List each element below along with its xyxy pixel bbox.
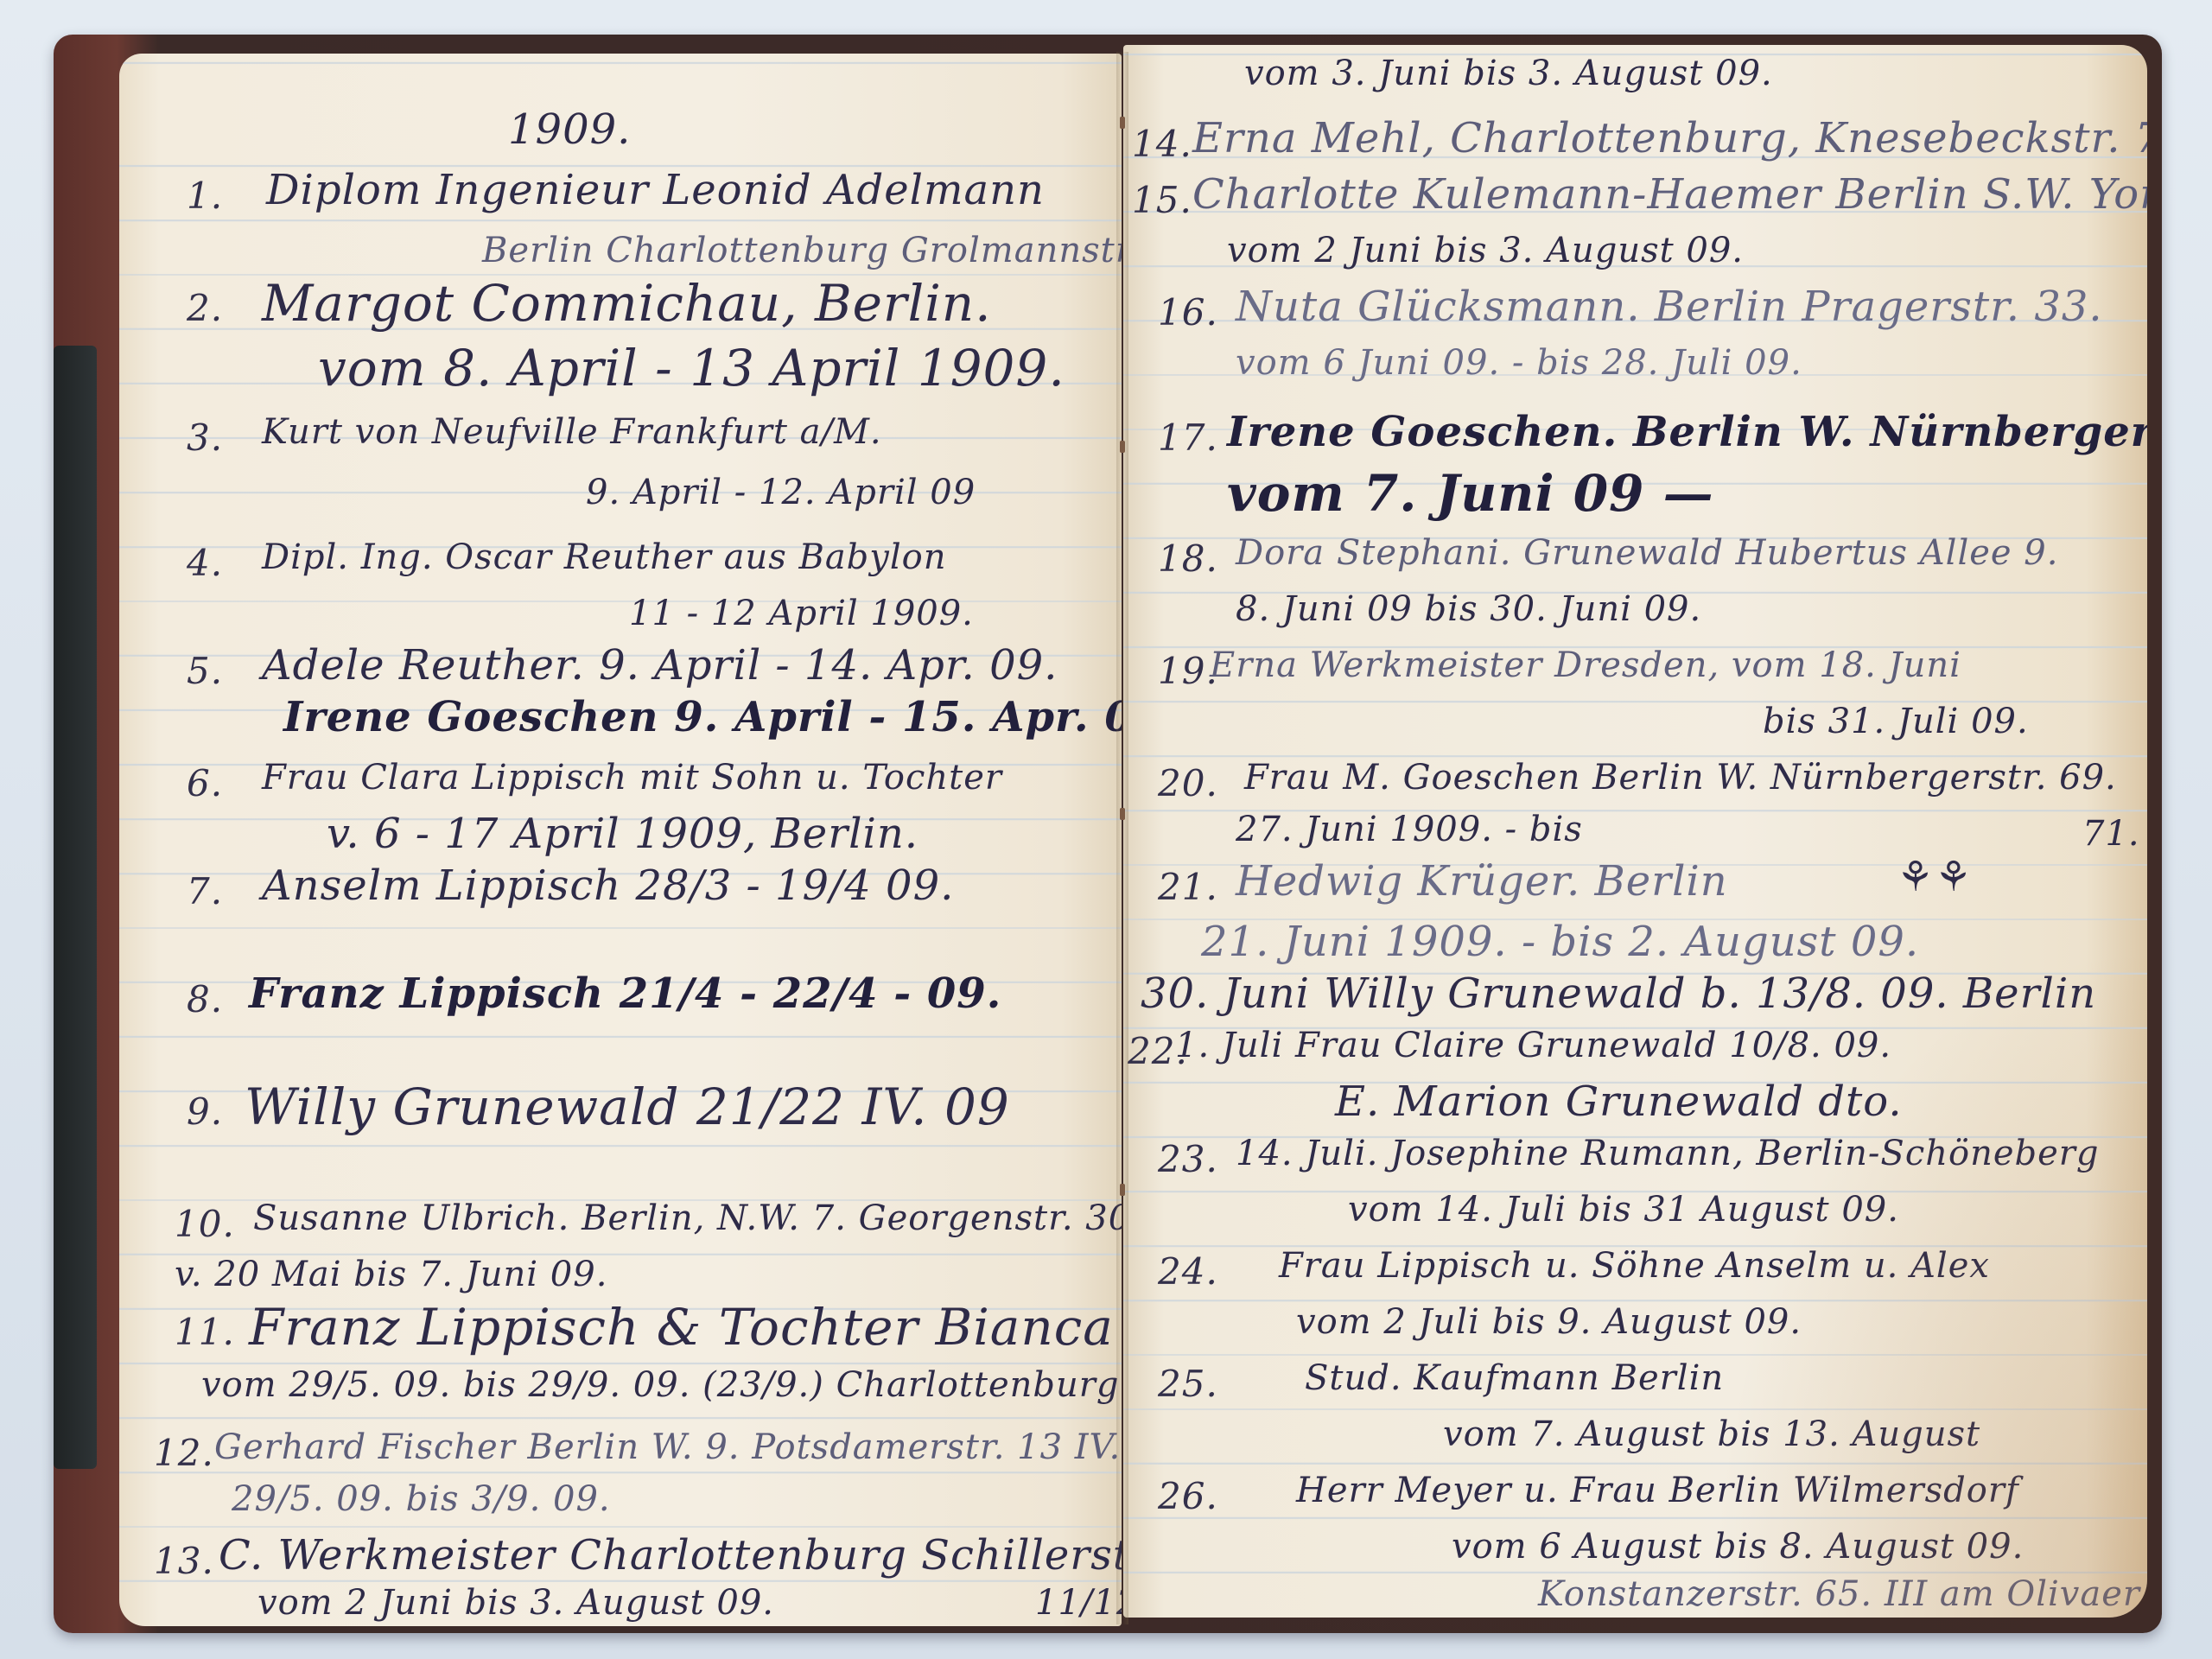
entry-name: 14. Juli. Josephine Rumann, Berlin-Schön…	[1236, 1134, 2100, 1173]
entry-number: 1.	[187, 175, 223, 217]
entry-number: 10.	[175, 1203, 235, 1245]
entry-number: 15.	[1132, 179, 1192, 221]
entry-name: Frau Clara Lippisch mit Sohn u. Tochter	[262, 758, 1002, 798]
entry-name: Kurt von Neufville Frankfurt a/M.	[262, 412, 882, 452]
right-page: vom 3. Juni bis 3. August 09. 14. Erna M…	[1123, 45, 2147, 1618]
entry-number: 6.	[187, 762, 223, 804]
entry-number: 8.	[187, 978, 223, 1020]
book-spine-edge	[54, 346, 97, 1469]
entry-dates: vom 29/5. 09. bis 29/9. 09. (23/9.) Char…	[201, 1365, 1122, 1405]
entry-name: Erna Werkmeister Dresden, vom 18. Juni	[1210, 645, 1961, 685]
left-page: 1909. 1. Diplom Ingenieur Leonid Adelman…	[119, 54, 1122, 1626]
entry-name: Willy Grunewald 21/22 IV. 09	[245, 1077, 1010, 1136]
entry-number: 25.	[1158, 1363, 1218, 1405]
entry-address: Konstanzerstr. 65. III am Olivaer Platz.	[1538, 1574, 2147, 1614]
entry-name: Franz Lippisch 21/4 - 22/4 - 09.	[249, 969, 1001, 1018]
entry-dates: vom 2 Juni bis 3. August 09.	[257, 1583, 774, 1623]
drawn-flower-doodle-icon: ⚘⚘	[1897, 853, 1973, 901]
entry-name: Anselm Lippisch 28/3 - 19/4 09.	[262, 861, 954, 910]
entry-name: Stud. Kaufmann Berlin	[1305, 1358, 1724, 1398]
entry-number: 9.	[187, 1090, 223, 1133]
entry-number: 24.	[1158, 1250, 1218, 1293]
entry-name: Charlotte Kulemann-Haemer Berlin S.W. Yo…	[1192, 170, 2147, 219]
entry-dates: 29/5. 09. bis 3/9. 09.	[232, 1479, 611, 1519]
entry-address: Berlin Charlottenburg Grolmannstr. 66	[482, 231, 1122, 270]
entry-dates: vom 7. August bis 13. August	[1443, 1414, 1980, 1454]
entry-number: 5.	[187, 650, 223, 692]
entry-dates: vom 7. Juni 09 —	[1227, 464, 1714, 523]
year-heading: 1909.	[508, 105, 631, 154]
entry-number: 3.	[187, 416, 223, 459]
entry-number: 12.	[154, 1432, 214, 1474]
entry-dates: vom 6 Juni 09. - bis 28. Juli 09.	[1236, 343, 1802, 383]
entry-name: Frau M. Goeschen Berlin W. Nürnbergerstr…	[1244, 758, 2117, 798]
binding-stitch	[1120, 117, 1125, 129]
entry-dates: 11 - 12 April 1909.	[629, 594, 974, 633]
entry-name: Dora Stephani. Grunewald Hubertus Allee …	[1236, 533, 2058, 573]
entry-name: E. Marion Grunewald dto.	[1335, 1077, 1903, 1126]
entry-note: 71.	[2082, 814, 2140, 854]
entry-dates: bis 31. Juli 09.	[1763, 702, 2029, 741]
entry-number: 11.	[175, 1311, 235, 1353]
entry-dates: vom 14. Juli bis 31 August 09.	[1348, 1190, 1899, 1230]
entry-name: Dipl. Ing. Oscar Reuther aus Babylon	[262, 537, 947, 577]
entry-number: 14.	[1132, 123, 1192, 165]
entry-number: 21.	[1158, 866, 1218, 908]
binding-stitch	[1120, 808, 1125, 820]
entry-dates: v. 6 - 17 April 1909, Berlin.	[327, 810, 918, 858]
entry-name: C. Werkmeister Charlottenburg Schillerst…	[219, 1531, 1122, 1580]
entry-number: 16.	[1158, 291, 1218, 334]
entry-dates: vom 8. April - 13 April 1909.	[318, 339, 1065, 397]
entry-number: 18.	[1158, 537, 1218, 580]
entry-name: Margot Commichau, Berlin.	[262, 274, 992, 333]
entry-number: 20.	[1158, 762, 1218, 804]
entry-name: Franz Lippisch & Tochter Bianca	[249, 1298, 1114, 1357]
entry-dates: 9. April - 12. April 09	[586, 473, 976, 512]
entry-number: 7.	[187, 870, 223, 912]
entry-dates: vom 2 Juni bis 3. August 09.	[1227, 231, 1744, 270]
entry-dates: 8. Juni 09 bis 30. Juni 09.	[1236, 589, 1701, 629]
entry-number: 17.	[1158, 416, 1218, 459]
entry-note: 11/12.	[1035, 1583, 1122, 1623]
binding-stitch	[1120, 441, 1125, 453]
entry-dates: v. 20 Mai bis 7. Juni 09.	[175, 1255, 607, 1294]
entry-name: Irene Goeschen 9. April - 15. Apr. 09.	[283, 693, 1122, 741]
entry-name: Irene Goeschen. Berlin W. Nürnbergerstr.…	[1227, 408, 2147, 456]
entry-name: Herr Meyer u. Frau Berlin Wilmersdorf	[1296, 1471, 2019, 1510]
entry-line: 30. Juni Willy Grunewald b. 13/8. 09. Be…	[1141, 969, 2096, 1018]
entry-name: Susanne Ulbrich. Berlin, N.W. 7. Georgen…	[253, 1198, 1122, 1238]
entry-name: Frau Lippisch u. Söhne Anselm u. Alex	[1279, 1246, 1990, 1286]
entry-number: 13.	[154, 1540, 214, 1582]
entry-name: Diplom Ingenieur Leonid Adelmann	[266, 166, 1045, 214]
entry-name: Adele Reuther. 9. April - 14. Apr. 09.	[262, 641, 1058, 690]
entry-name: Nuta Glücksmann. Berlin Pragerstr. 33.	[1236, 283, 2103, 331]
entry-name: Hedwig Krüger. Berlin	[1236, 857, 1728, 906]
book-gutter	[1116, 52, 1128, 1624]
entry-number: 23.	[1158, 1138, 1218, 1180]
entry-name: Erna Mehl, Charlottenburg, Knesebeckstr.…	[1192, 114, 2147, 162]
entry-dates: 21. Juni 1909. - bis 2. August 09.	[1201, 918, 1919, 966]
entry-number: 26.	[1158, 1475, 1218, 1517]
entry-name: Gerhard Fischer Berlin W. 9. Potsdamerst…	[214, 1427, 1121, 1467]
entry-number: 2.	[187, 287, 223, 329]
entry-name: 1. Juli Frau Claire Grunewald 10/8. 09.	[1175, 1026, 1891, 1065]
entry-dates: 27. Juni 1909. - bis	[1236, 810, 1583, 849]
binding-stitch	[1120, 1184, 1125, 1196]
entry-dates: vom 6 August bis 8. August 09.	[1452, 1527, 2024, 1567]
entry-number: 4.	[187, 542, 223, 584]
entry-dates: vom 2 Juli bis 9. August 09.	[1296, 1302, 1802, 1342]
entry-dates: vom 3. Juni bis 3. August 09.	[1244, 54, 1773, 93]
